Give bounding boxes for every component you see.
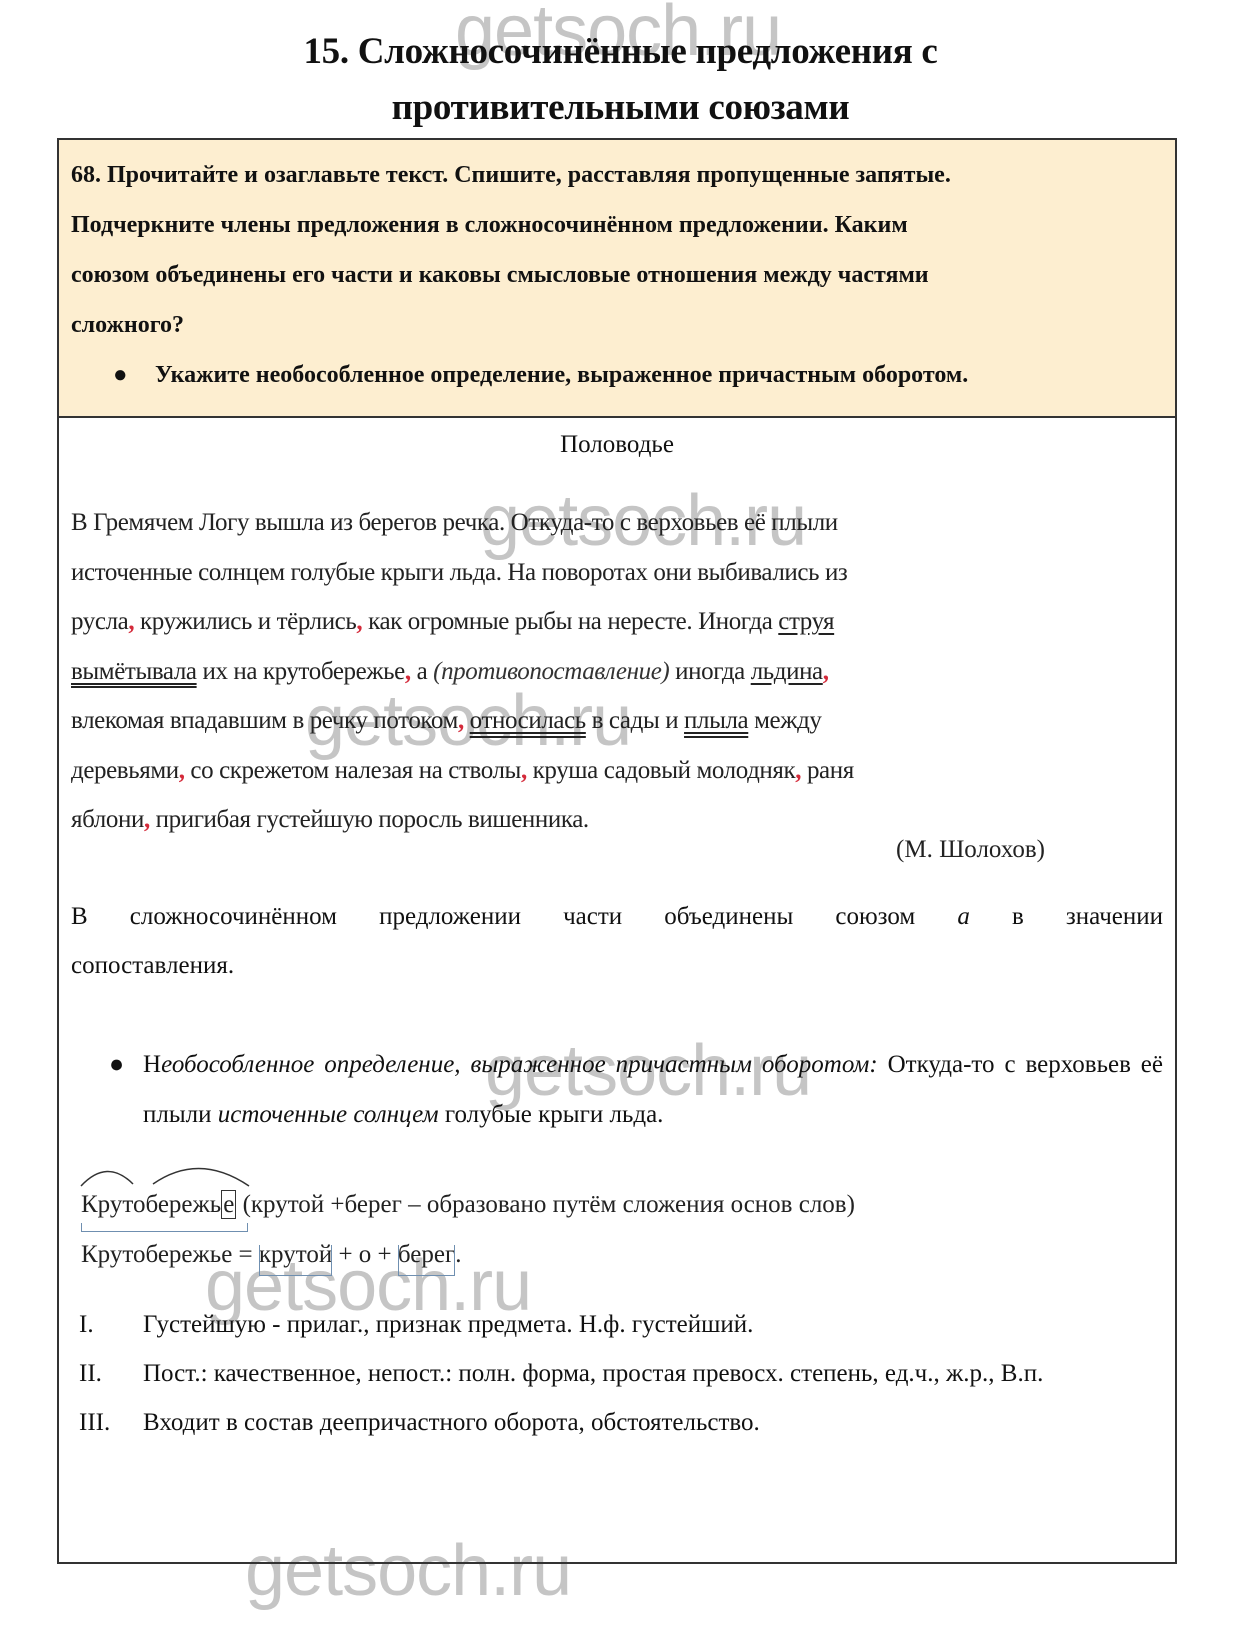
label-first-letter: Н xyxy=(143,1051,161,1078)
passage-text: В Гремячем Логу вышла из берегов речка. … xyxy=(71,509,838,536)
word-stem: Крутобережь xyxy=(81,1191,221,1218)
passage-line: русла, кружились и тёрлись, как огромные… xyxy=(71,597,1011,647)
task-bullet: ● Укажите необособленное определение, вы… xyxy=(71,350,1163,400)
participle-label: еобособленное определение, выраженное пр… xyxy=(161,1051,878,1078)
answer-line: сопоставления. xyxy=(71,941,1163,990)
bullet-icon: ● xyxy=(113,350,128,400)
passage-text: как огромные рыбы на нересте. Иногда xyxy=(362,608,778,635)
passage-line: деревьями, со скрежетом налезая на ствол… xyxy=(71,746,1011,796)
answer-word: объединены xyxy=(664,892,793,941)
passage-text: раня xyxy=(801,757,854,784)
page-title-line-2: противительными союзами xyxy=(0,80,1241,136)
answer-word: предложении xyxy=(379,892,521,941)
answer-word: части xyxy=(563,892,622,941)
answer-word: в xyxy=(1012,892,1024,941)
page-title: 15. Сложносочинённые предложения с проти… xyxy=(0,24,1241,136)
answer-line: В сложносочинённом предложении части объ… xyxy=(71,892,1163,941)
inserted-comma: , xyxy=(458,707,464,734)
task-box: 68. Прочитайте и озаглавьте текст. Спиши… xyxy=(59,140,1175,418)
passage-text: в сады и xyxy=(586,707,684,734)
participle-answer: ● Необособленное определение, выраженное… xyxy=(71,1040,1163,1140)
predicate-underlined: вымётывала xyxy=(71,658,197,685)
passage-text: а xyxy=(411,658,433,685)
subject-underlined: льдина xyxy=(751,658,823,685)
passage-text: пригибая густейшую поросль вишенника. xyxy=(150,806,589,833)
row-number: I. xyxy=(79,1300,119,1349)
annotation-note: (противопоставление) xyxy=(433,658,669,685)
answer-union: В сложносочинённом предложении части объ… xyxy=(71,892,1163,990)
root-arc-icon xyxy=(79,1158,269,1188)
formula-operator: = xyxy=(232,1241,259,1268)
row-text: Пост.: качественное, непост.: полн. форм… xyxy=(143,1360,1043,1387)
passage-text: влекомая впадавшим в речку потоком xyxy=(71,707,458,734)
passage-line: влекомая впадавшим в речку потоком, отно… xyxy=(71,696,1011,746)
exercise-frame: 68. Прочитайте и озаглавьте текст. Спиши… xyxy=(57,138,1177,1564)
task-line: союзом объединены его части и каковы смы… xyxy=(71,250,1163,300)
morpheme-analysis: Крутобережье (крутой +берег – образовано… xyxy=(81,1180,855,1230)
text-title: Половодье xyxy=(59,425,1175,465)
word-ending: е xyxy=(221,1190,236,1219)
union-word: а xyxy=(957,892,970,941)
author-attribution: (М. Шолохов) xyxy=(896,830,1045,870)
analysis-row: I. Густейшую - прилаг., признак предмета… xyxy=(71,1300,1163,1349)
row-text: Густейшую - прилаг., признак предмета. Н… xyxy=(143,1311,753,1338)
passage-text: их на крутобережье xyxy=(197,658,405,685)
task-bullet-text: Укажите необособленное определение, выра… xyxy=(109,350,968,400)
passage-line: источенные солнцем голубые крыги льда. Н… xyxy=(71,548,1011,598)
passage: В Гремячем Логу вышла из берегов речка. … xyxy=(71,498,1011,845)
formula-root: крутой xyxy=(259,1241,332,1268)
passage-text: кружились и тёрлись xyxy=(134,608,356,635)
passage-line: В Гремячем Логу вышла из берегов речка. … xyxy=(71,498,1011,548)
participle-phrase: источенные солнцем xyxy=(218,1101,439,1128)
passage-text: русла xyxy=(71,608,128,635)
morphological-analysis: I. Густейшую - прилаг., признак предмета… xyxy=(71,1300,1163,1447)
bullet-icon: ● xyxy=(109,1040,124,1090)
passage-text: иногда xyxy=(669,658,750,685)
answer-word: В xyxy=(71,892,88,941)
inserted-comma: , xyxy=(823,658,829,685)
row-text: Входит в состав деепричастного оборота, … xyxy=(143,1409,760,1436)
page-title-line-1: 15. Сложносочинённые предложения с xyxy=(0,24,1241,80)
passage-text: между xyxy=(748,707,821,734)
formula-operator: + о + xyxy=(332,1241,398,1268)
predicate-underlined: плыла xyxy=(684,707,748,734)
subject-underlined: струя xyxy=(778,608,834,635)
word-formation-formula: Крутобережье = крутой + о + берег. xyxy=(81,1230,462,1280)
row-number: III. xyxy=(79,1398,119,1447)
task-line: сложного? xyxy=(71,300,1163,350)
predicate-underlined: относилась xyxy=(470,707,586,734)
answer-word: сложносочинённом xyxy=(130,892,337,941)
row-number: II. xyxy=(79,1349,119,1398)
passage-text: круша садовый молодняк xyxy=(527,757,795,784)
word-formation-explanation: (крутой +берег – образовано путём сложен… xyxy=(236,1191,855,1218)
analysis-row: III. Входит в состав деепричастного обор… xyxy=(71,1398,1163,1447)
passage-text: деревьями xyxy=(71,757,179,784)
passage-line: вымётывала их на крутобережье, а (против… xyxy=(71,647,1011,697)
passage-text: источенные солнцем голубые крыги льда. Н… xyxy=(71,559,847,586)
passage-text: со скрежетом налезая на стволы xyxy=(185,757,521,784)
example-text: голубые крыги льда. xyxy=(439,1101,664,1128)
morpheme-word: Крутобережье xyxy=(81,1180,236,1230)
task-line: 68. Прочитайте и озаглавьте текст. Спиши… xyxy=(71,150,1163,200)
analysis-row: II. Пост.: качественное, непост.: полн. … xyxy=(71,1349,1163,1398)
task-line: Подчеркните члены предложения в сложносо… xyxy=(71,200,1163,250)
answer-word: союзом xyxy=(835,892,915,941)
formula-word: Крутобережье xyxy=(81,1241,232,1268)
answer-word: значении xyxy=(1066,892,1163,941)
formula-root: берег xyxy=(398,1241,455,1268)
passage-text: яблони xyxy=(71,806,144,833)
formula-operator: . xyxy=(455,1241,461,1268)
passage-line: яблони, пригибая густейшую поросль вишен… xyxy=(71,795,1011,845)
participle-answer-text: Необособленное определение, выраженное п… xyxy=(143,1040,1163,1140)
